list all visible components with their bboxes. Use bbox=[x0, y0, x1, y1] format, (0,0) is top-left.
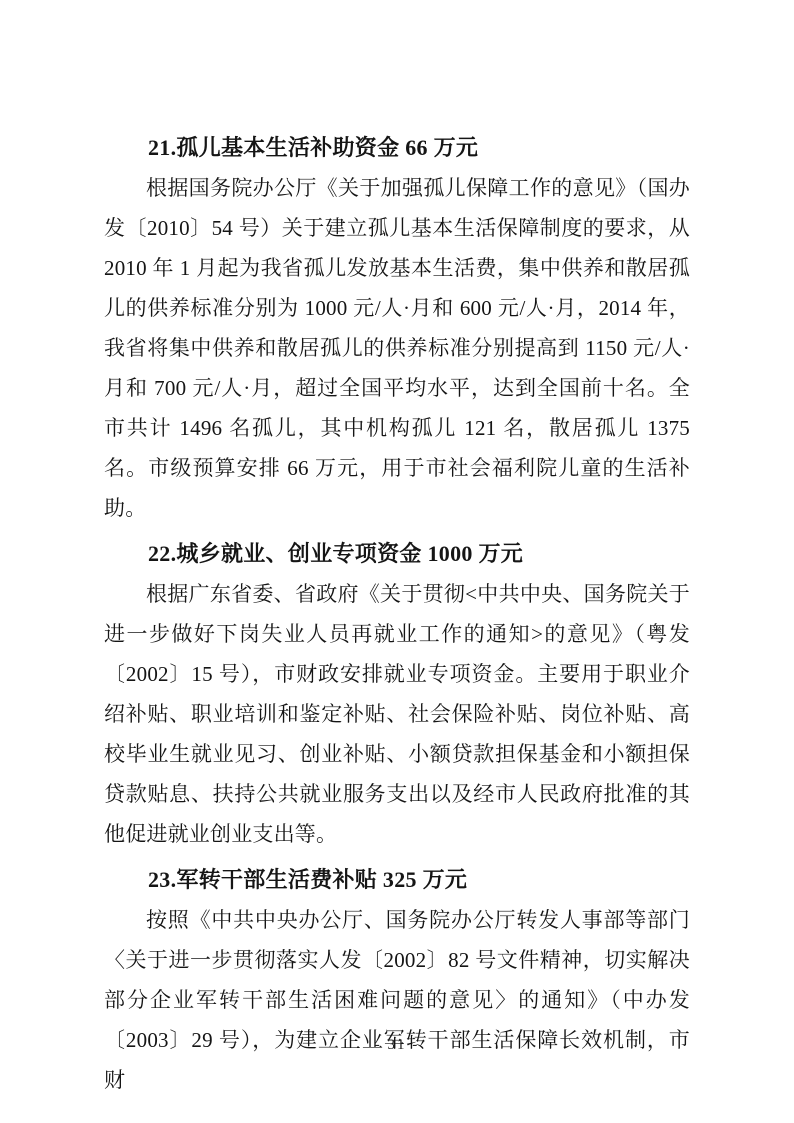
page-number: - 31 - bbox=[375, 1037, 420, 1053]
section-23-heading: 23.军转干部生活费补贴 325 万元 bbox=[104, 860, 690, 900]
document-page: 21.孤儿基本生活补助资金 66 万元 根据国务院办公厅《关于加强孤儿保障工作的… bbox=[0, 0, 794, 1123]
page-footer: - 31 - bbox=[0, 1036, 794, 1054]
section-22-paragraph: 根据广东省委、省政府《关于贯彻<中共中央、国务院关于进一步做好下岗失业人员再就业… bbox=[104, 574, 690, 854]
section-21-heading: 21.孤儿基本生活补助资金 66 万元 bbox=[104, 128, 690, 168]
section-22-heading: 22.城乡就业、创业专项资金 1000 万元 bbox=[104, 534, 690, 574]
section-23-paragraph: 按照《中共中央办公厅、国务院办公厅转发人事部等部门〈关于进一步贯彻落实人发〔20… bbox=[104, 900, 690, 1100]
section-21-paragraph: 根据国务院办公厅《关于加强孤儿保障工作的意见》（国办发〔2010〕54 号）关于… bbox=[104, 168, 690, 528]
document-content: 21.孤儿基本生活补助资金 66 万元 根据国务院办公厅《关于加强孤儿保障工作的… bbox=[104, 122, 690, 1100]
